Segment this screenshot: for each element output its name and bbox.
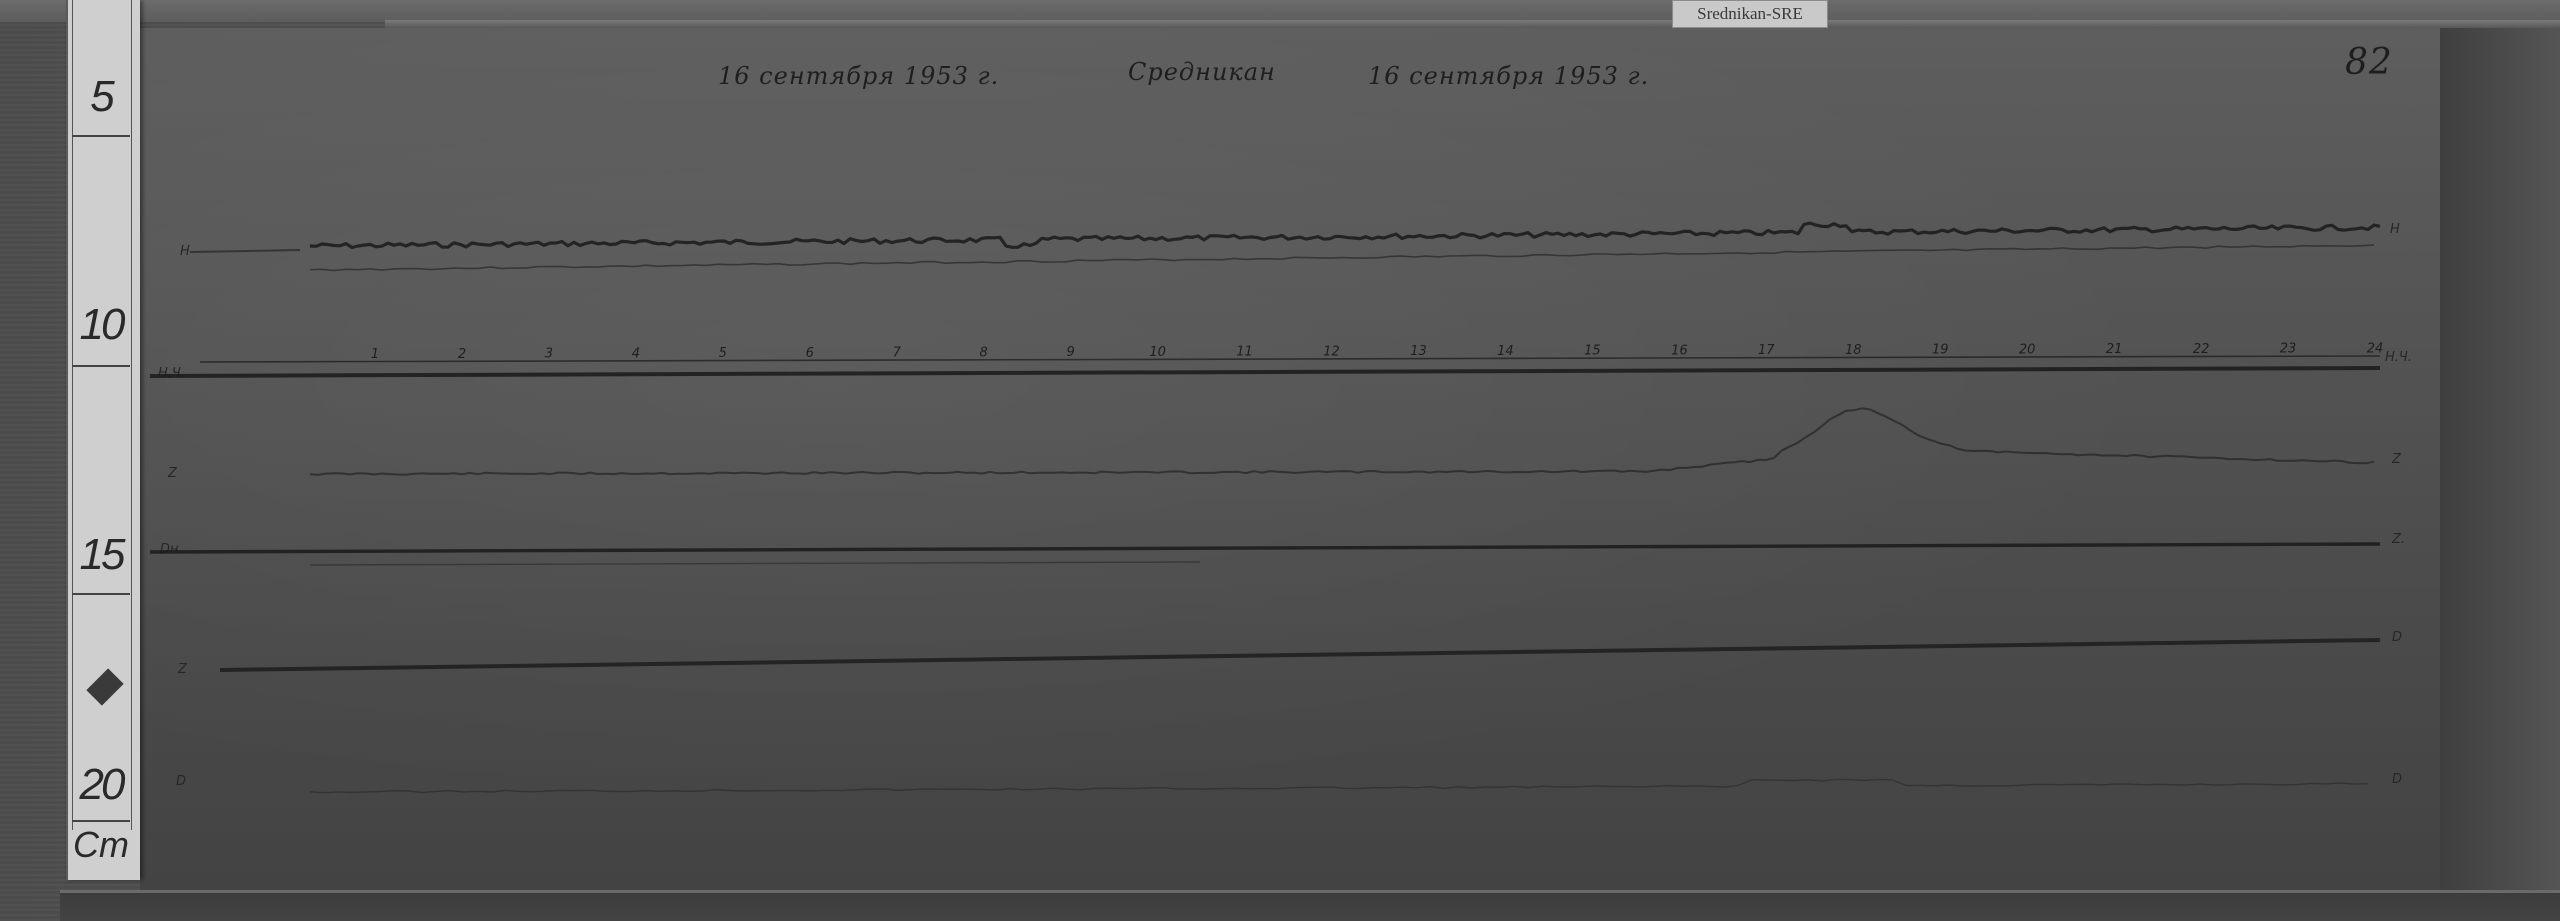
hour-mark-label: 23 [2280,342,2297,357]
trace-line [310,562,1200,565]
hour-mark-label: 6 [806,346,814,361]
hour-mark-label: 14 [1497,344,1514,359]
trace-line [150,368,2380,376]
hour-mark-label: 4 [632,346,640,361]
hour-mark-label: 21 [2106,342,2123,357]
hour-mark-label: 12 [1323,344,1340,359]
trace-layer [150,223,2380,793]
hour-mark-label: 24 [2367,341,2384,356]
magnetogram-traces: 123456789101112131415161718192021222324 [0,0,2560,921]
trace-line [310,779,2368,792]
hour-mark-label: 8 [980,345,988,360]
trace-line [310,245,2374,271]
hour-mark-label: 18 [1845,343,1862,358]
hour-mark-label: 1 [371,347,379,362]
hour-mark-label: 11 [1236,345,1253,360]
hour-mark-label: 17 [1758,343,1775,358]
hour-mark-label: 16 [1671,343,1688,358]
trace-line [200,356,2380,362]
hour-mark-label: 13 [1410,344,1427,359]
trace-line [310,223,2380,247]
hour-mark-label: 22 [2193,342,2210,357]
hour-mark-label: 15 [1584,344,1601,359]
trace-line [190,250,300,252]
hour-mark-label: 2 [458,347,466,362]
hour-mark-label: 3 [545,347,553,362]
hour-mark-label: 7 [893,346,902,361]
trace-line [220,640,2380,670]
hour-mark-label: 10 [1149,345,1166,360]
hour-mark-label: 19 [1932,343,1949,358]
trace-line [150,544,2380,552]
hour-mark-label: 20 [2019,342,2036,357]
trace-line [310,408,2374,475]
hour-mark-label: 5 [719,346,727,361]
hour-mark-label: 9 [1067,345,1075,360]
